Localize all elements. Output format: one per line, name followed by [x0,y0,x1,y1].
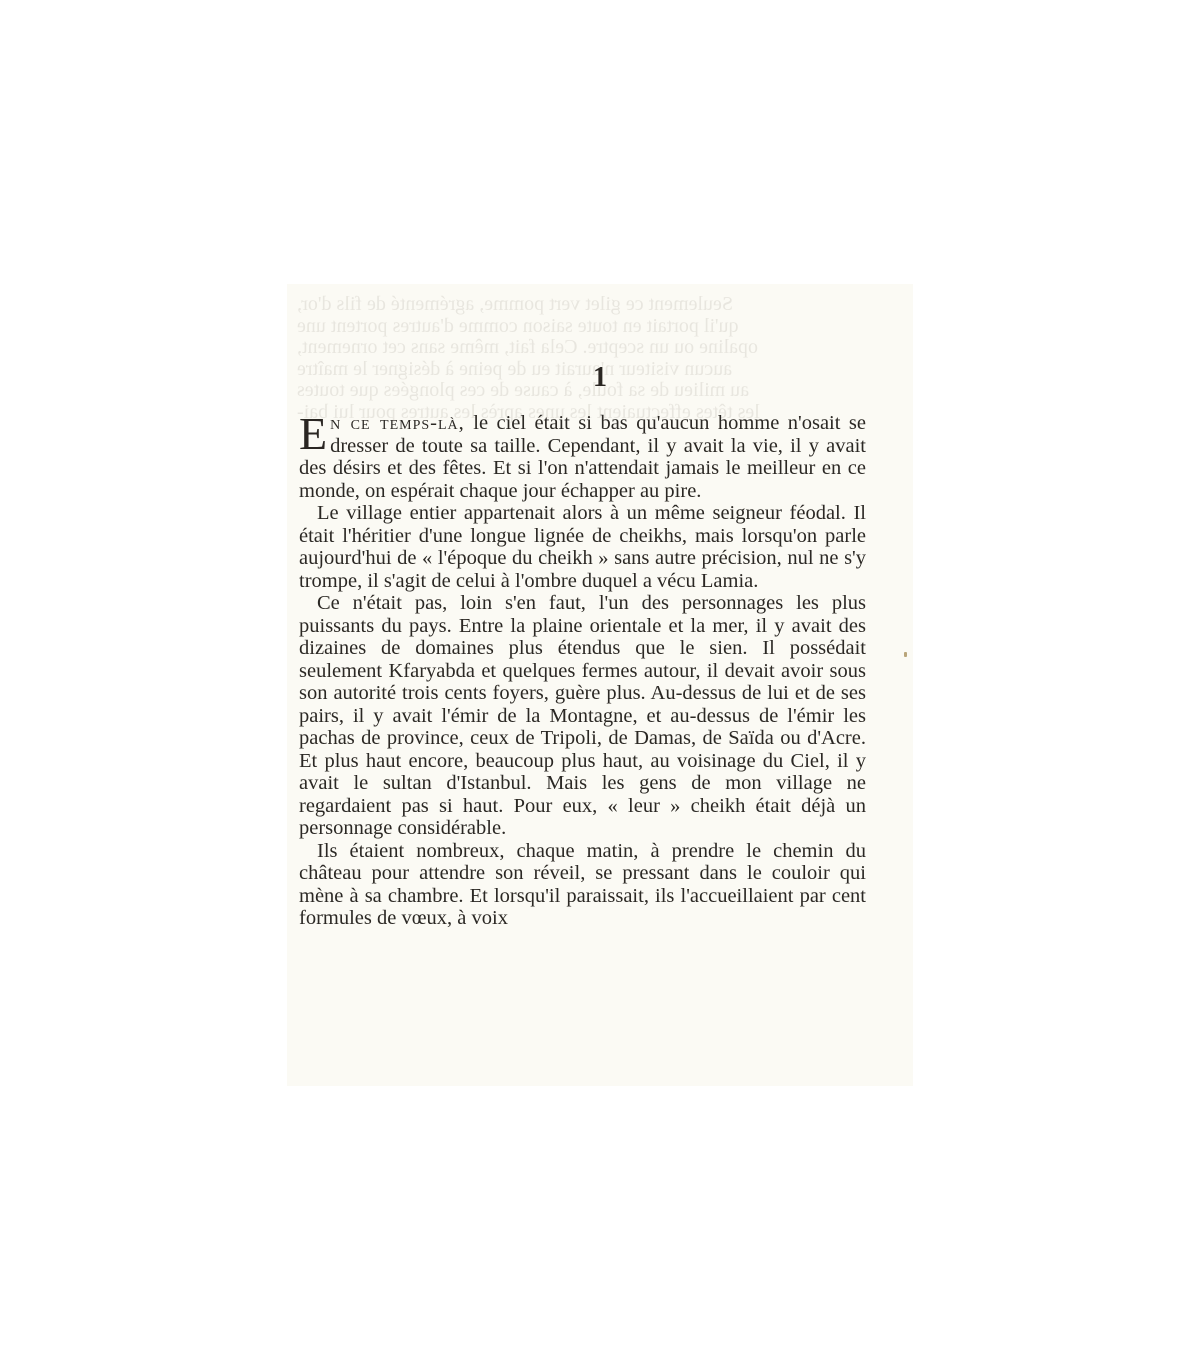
chapter-body: En ce temps-là, le ciel était si bas qu'… [299,412,866,930]
paragraph-3: Ce n'était pas, loin s'en faut, l'un des… [299,592,866,840]
chapter-number: 1 [287,362,913,394]
opening-small-caps: n ce temps-là, [330,412,465,434]
drop-cap: E [299,414,327,454]
paragraph-4: Ils étaient nombreux, chaque matin, à pr… [299,840,866,930]
paragraph-2: Le village entier appartenait alors à un… [299,502,866,592]
paper-speck [904,652,907,657]
book-page: Seulement ce gilet vert pomme, agrémenté… [287,284,913,1086]
paragraph-1: En ce temps-là, le ciel était si bas qu'… [299,412,866,502]
